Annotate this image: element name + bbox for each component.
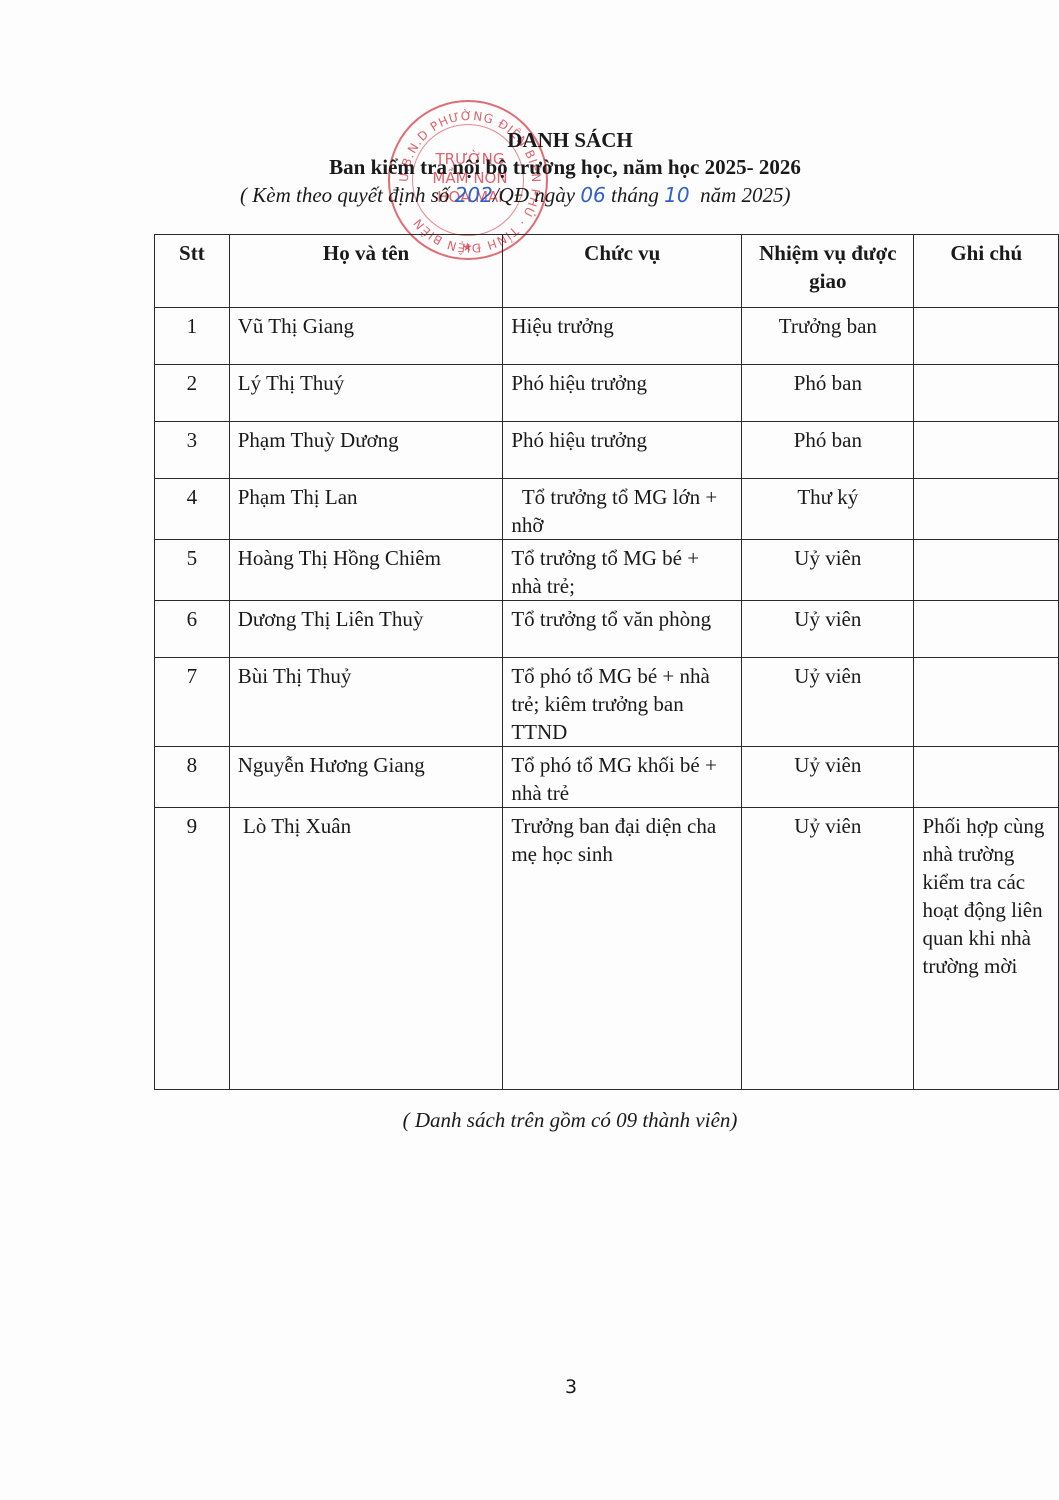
cell-name: Phạm Thuỳ Dương xyxy=(229,422,503,479)
decision-number: 202 xyxy=(455,183,493,207)
cell-stt: 3 xyxy=(155,422,230,479)
cell-task: Phó ban xyxy=(742,365,914,422)
table-header-row: Stt Họ và tên Chức vụ Nhiệm vụ được giao… xyxy=(155,235,1059,308)
header-name: Họ và tên xyxy=(229,235,503,308)
cell-note xyxy=(914,540,1059,601)
cell-name: Hoàng Thị Hồng Chiêm xyxy=(229,540,503,601)
table-row: 9 Lò Thị XuânTrưởng ban đại diện cha mẹ … xyxy=(155,808,1059,1090)
cell-note xyxy=(914,658,1059,747)
cell-task: Thư ký xyxy=(742,479,914,540)
reference-suffix: năm 2025) xyxy=(690,183,791,207)
header-task: Nhiệm vụ được giao xyxy=(742,235,914,308)
cell-note xyxy=(914,747,1059,808)
cell-position: Phó hiệu trưởng xyxy=(503,422,742,479)
table-row: 1Vũ Thị GiangHiệu trưởngTrưởng ban xyxy=(155,308,1059,365)
decision-month: 10 xyxy=(664,183,689,207)
member-count-note: ( Danh sách trên gồm có 09 thành viên) xyxy=(0,1108,1059,1133)
cell-stt: 4 xyxy=(155,479,230,540)
cell-position: Hiệu trưởng xyxy=(503,308,742,365)
cell-note: Phối hợp cùng nhà trường kiểm tra các ho… xyxy=(914,808,1059,1090)
cell-note xyxy=(914,601,1059,658)
reference-prefix: ( Kèm theo quyết định số xyxy=(240,183,455,207)
page-number: 3 xyxy=(0,1376,1059,1398)
cell-stt: 1 xyxy=(155,308,230,365)
cell-stt: 7 xyxy=(155,658,230,747)
cell-name: Phạm Thị Lan xyxy=(229,479,503,540)
cell-position: Tổ trưởng tổ MG lớn + nhỡ xyxy=(503,479,742,540)
cell-stt: 8 xyxy=(155,747,230,808)
cell-position: Tổ phó tổ MG khối bé + nhà trẻ xyxy=(503,747,742,808)
cell-position: Tổ trưởng tổ văn phòng xyxy=(503,601,742,658)
reference-text: tháng xyxy=(606,183,664,207)
cell-task: Uỷ viên xyxy=(742,747,914,808)
cell-name: Lý Thị Thuý xyxy=(229,365,503,422)
cell-task: Trưởng ban xyxy=(742,308,914,365)
cell-task: Phó ban xyxy=(742,422,914,479)
cell-stt: 9 xyxy=(155,808,230,1090)
table-row: 2Lý Thị ThuýPhó hiệu trưởngPhó ban xyxy=(155,365,1059,422)
cell-position: Tổ trưởng tổ MG bé + nhà trẻ; xyxy=(503,540,742,601)
cell-note xyxy=(914,365,1059,422)
cell-name: Vũ Thị Giang xyxy=(229,308,503,365)
table-row: 6Dương Thị Liên ThuỳTổ trưởng tổ văn phò… xyxy=(155,601,1059,658)
document-subtitle: Ban kiểm tra nội bộ trường học, năm học … xyxy=(0,155,1059,180)
decision-reference: ( Kèm theo quyết định số 202/QĐ ngày 06 … xyxy=(240,183,790,208)
table-row: 7Bùi Thị ThuỷTổ phó tổ MG bé + nhà trẻ; … xyxy=(155,658,1059,747)
cell-note xyxy=(914,422,1059,479)
reference-text: /QĐ ngày xyxy=(493,183,581,207)
cell-name: Nguyễn Hương Giang xyxy=(229,747,503,808)
table-row: 3Phạm Thuỳ DươngPhó hiệu trưởngPhó ban xyxy=(155,422,1059,479)
member-table: Stt Họ và tên Chức vụ Nhiệm vụ được giao… xyxy=(154,234,1059,1090)
cell-task: Uỷ viên xyxy=(742,601,914,658)
cell-note xyxy=(914,308,1059,365)
decision-day: 06 xyxy=(580,183,605,207)
cell-name: Dương Thị Liên Thuỳ xyxy=(229,601,503,658)
cell-stt: 6 xyxy=(155,601,230,658)
cell-name: Bùi Thị Thuỷ xyxy=(229,658,503,747)
cell-position: Trưởng ban đại diện cha mẹ học sinh xyxy=(503,808,742,1090)
cell-position: Phó hiệu trưởng xyxy=(503,365,742,422)
header-note: Ghi chú xyxy=(914,235,1059,308)
cell-position: Tổ phó tổ MG bé + nhà trẻ; kiêm trưởng b… xyxy=(503,658,742,747)
cell-task: Uỷ viên xyxy=(742,808,914,1090)
cell-name: Lò Thị Xuân xyxy=(229,808,503,1090)
cell-task: Uỷ viên xyxy=(742,540,914,601)
cell-stt: 5 xyxy=(155,540,230,601)
table-row: 5Hoàng Thị Hồng ChiêmTổ trưởng tổ MG bé … xyxy=(155,540,1059,601)
cell-note xyxy=(914,479,1059,540)
cell-task: Uỷ viên xyxy=(742,658,914,747)
header-stt: Stt xyxy=(155,235,230,308)
header-position: Chức vụ xyxy=(503,235,742,308)
document-title: DANH SÁCH xyxy=(0,128,1059,153)
table-row: 4Phạm Thị Lan Tổ trưởng tổ MG lớn + nhỡT… xyxy=(155,479,1059,540)
table-row: 8Nguyễn Hương GiangTổ phó tổ MG khối bé … xyxy=(155,747,1059,808)
cell-stt: 2 xyxy=(155,365,230,422)
